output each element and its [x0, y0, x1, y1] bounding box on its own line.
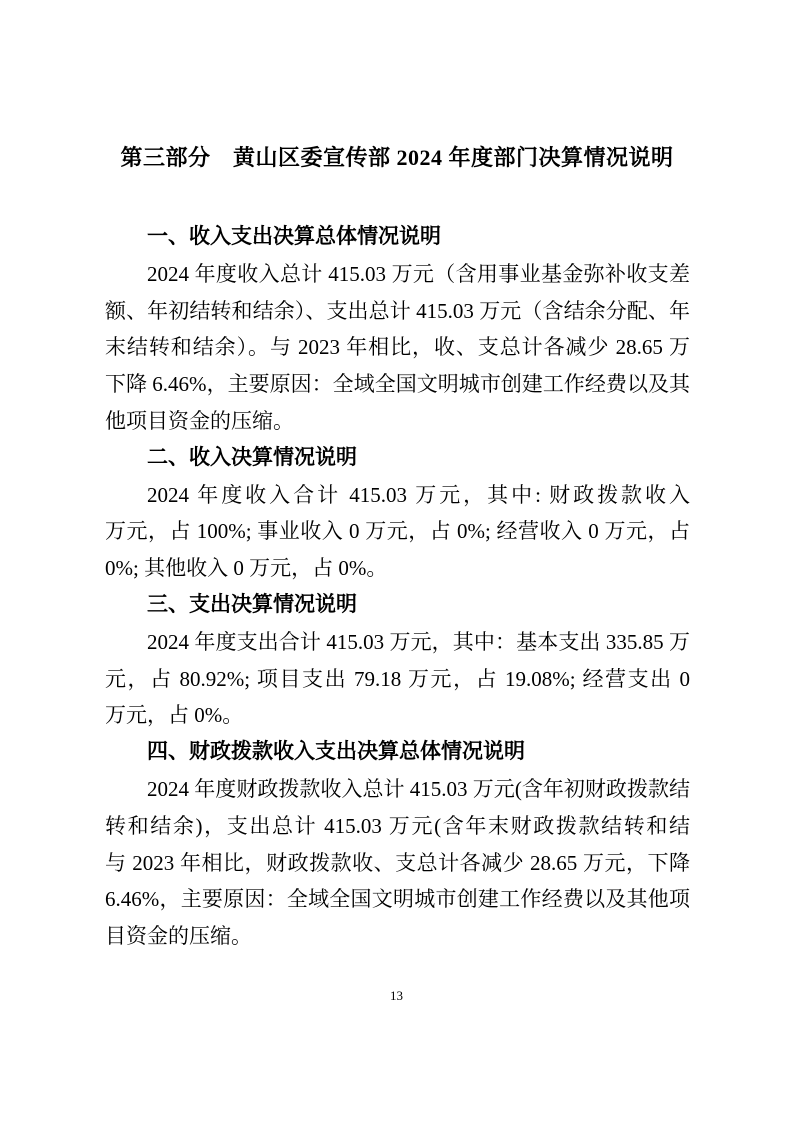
paragraph-line: 6.46%，主要原因：全域全国文明城市创建工作经费以及其他项: [105, 881, 690, 918]
page-title: 第三部分 黄山区委宣传部 2024 年度部门决算情况说明: [104, 141, 690, 175]
paragraph-line: 他项目资金的压缩。: [105, 403, 690, 440]
section-heading: 一、收入支出决算总体情况说明: [105, 219, 690, 256]
paragraph-line: 元，占 80.92%; 项目支出 79.18 万元，占 19.08%; 经营支出…: [105, 661, 690, 698]
paragraph-line: 2024 年度收入合计 415.03 万元，其中: 财政拨款收入 415.03: [105, 477, 690, 514]
paragraph-line: 万元，占 0%。: [105, 697, 690, 734]
section-heading: 二、收入决算情况说明: [105, 440, 690, 477]
section-paragraph: 2024 年度收入合计 415.03 万元，其中: 财政拨款收入 415.03万…: [105, 477, 690, 587]
page-number: 13: [0, 987, 793, 1005]
paragraph-line: 2024 年度财政拨款收入总计 415.03 万元(含年初财政拨款结: [105, 771, 690, 808]
document-body: 一、收入支出决算总体情况说明2024 年度收入总计 415.03 万元（含用事业…: [105, 219, 690, 955]
report-section: 一、收入支出决算总体情况说明2024 年度收入总计 415.03 万元（含用事业…: [105, 219, 690, 440]
report-section: 四、财政拨款收入支出决算总体情况说明2024 年度财政拨款收入总计 415.03…: [105, 734, 690, 955]
report-section: 二、收入决算情况说明2024 年度收入合计 415.03 万元，其中: 财政拨款…: [105, 440, 690, 587]
paragraph-line: 末结转和结余）。与 2023 年相比，收、支总计各减少 28.65 万元，: [105, 329, 690, 366]
report-section: 三、支出决算情况说明2024 年度支出合计 415.03 万元，其中：基本支出 …: [105, 587, 690, 734]
section-heading: 三、支出决算情况说明: [105, 587, 690, 624]
section-paragraph: 2024 年度支出合计 415.03 万元，其中：基本支出 335.85 万元，…: [105, 624, 690, 734]
paragraph-line: 与 2023 年相比，财政拨款收、支总计各减少 28.65 万元，下降: [105, 845, 690, 882]
paragraph-line: 下降 6.46%，主要原因：全域全国文明城市创建工作经费以及其: [105, 366, 690, 403]
paragraph-line: 万元，占 100%; 事业收入 0 万元，占 0%; 经营收入 0 万元，占: [105, 513, 690, 550]
section-paragraph: 2024 年度收入总计 415.03 万元（含用事业基金弥补收支差额、年初结转和…: [105, 256, 690, 440]
paragraph-line: 2024 年度收入总计 415.03 万元（含用事业基金弥补收支差: [105, 256, 690, 293]
section-heading: 四、财政拨款收入支出决算总体情况说明: [105, 734, 690, 771]
document-page: 第三部分 黄山区委宣传部 2024 年度部门决算情况说明 一、收入支出决算总体情…: [0, 0, 793, 1122]
section-paragraph: 2024 年度财政拨款收入总计 415.03 万元(含年初财政拨款结转和结余)，…: [105, 771, 690, 955]
paragraph-line: 2024 年度支出合计 415.03 万元，其中：基本支出 335.85 万: [105, 624, 690, 661]
paragraph-line: 额、年初结转和结余）、支出总计 415.03 万元（含结余分配、年: [105, 293, 690, 330]
paragraph-line: 目资金的压缩。: [105, 918, 690, 955]
paragraph-line: 0%; 其他收入 0 万元，占 0%。: [105, 550, 690, 587]
paragraph-line: 转和结余)，支出总计 415.03 万元(含年末财政拨款结转和结余)。: [105, 808, 690, 845]
